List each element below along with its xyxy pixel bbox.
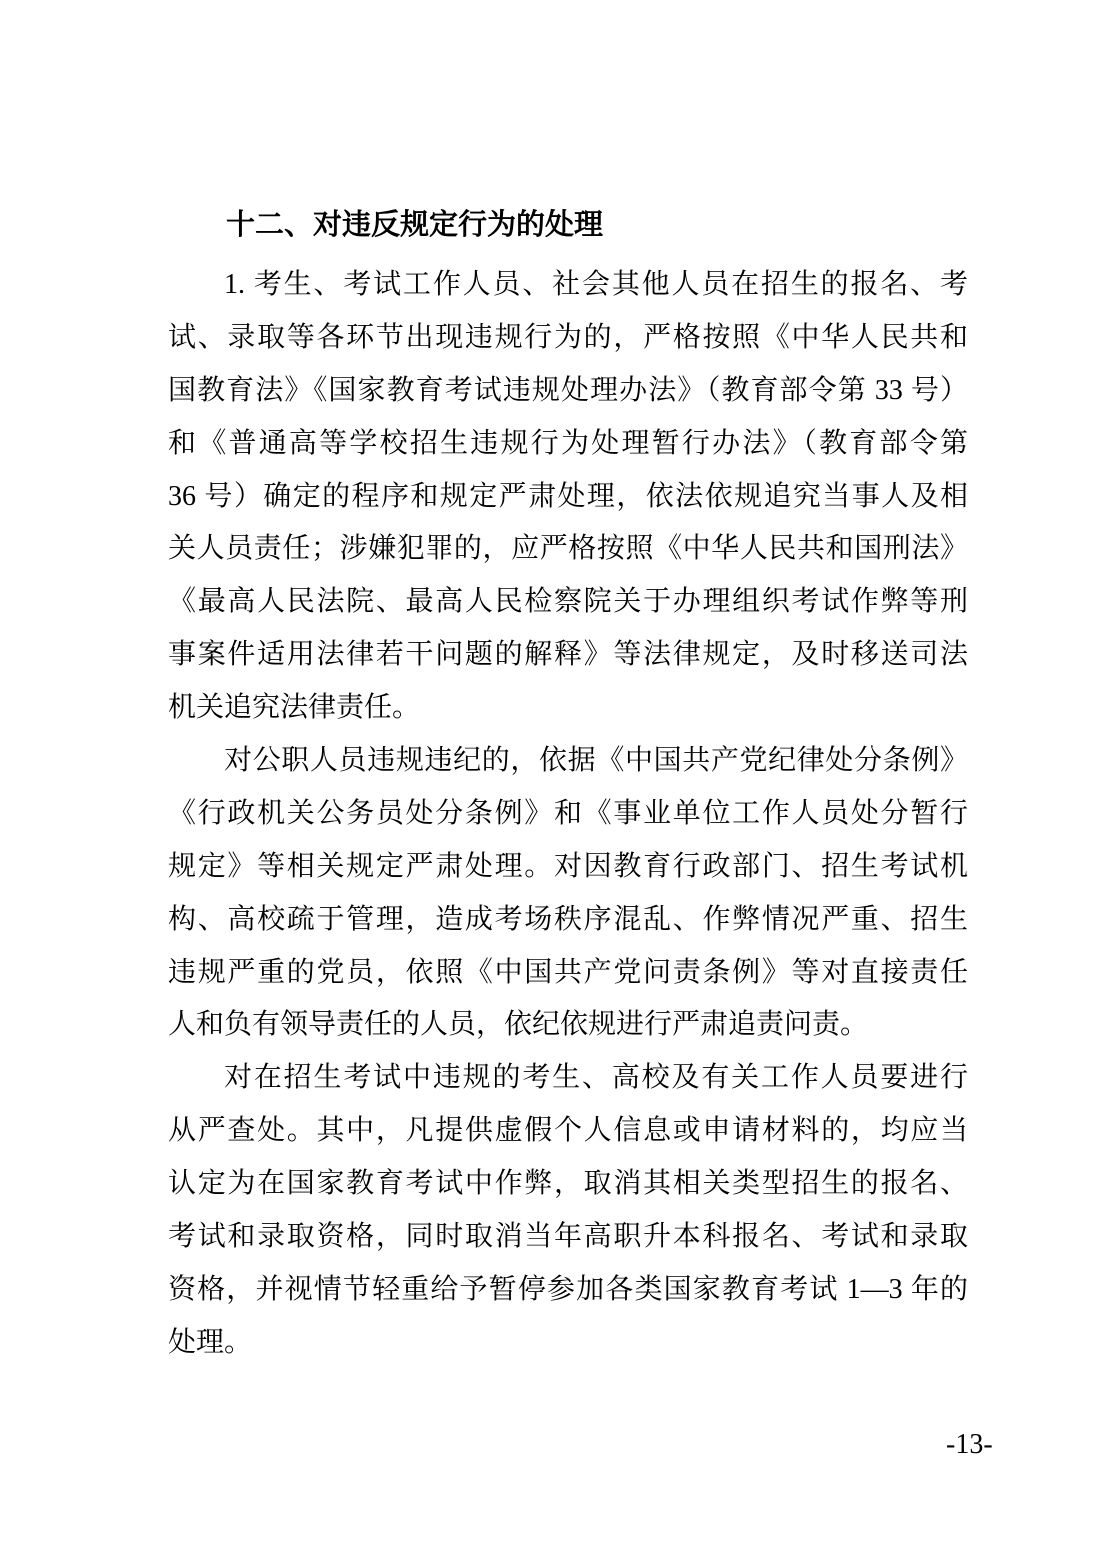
text-line: 对公职人员违规违纪的，依据《中国共产党纪律处分条例》 <box>168 735 968 788</box>
text-line: 36 号）确定的程序和规定严肃处理，依法依规追究当事人及相 <box>168 471 968 524</box>
text-line: 事案件适用法律若干问题的解释》等法律规定，及时移送司法 <box>168 629 968 682</box>
document-body: 十二、对违反规定行为的处理 1. 考生、考试工作人员、社会其他人员在招生的报名、… <box>168 200 968 1370</box>
text-line: 和《普通高等学校招生违规行为处理暂行办法》（教育部令第 <box>168 418 968 471</box>
page-number: -13- <box>946 1430 993 1460</box>
section-heading: 十二、对违反规定行为的处理 <box>168 200 968 250</box>
text-line: 关人员责任；涉嫌犯罪的，应严格按照《中华人民共和国刑法》 <box>168 523 968 576</box>
text-line: 从严查处。其中，凡提供虚假个人信息或申请材料的，均应当 <box>168 1105 968 1158</box>
paragraph: 对在招生考试中违规的考生、高校及有关工作人员要进行从严查处。其中，凡提供虚假个人… <box>168 1052 968 1369</box>
text-line: 1. 考生、考试工作人员、社会其他人员在招生的报名、考 <box>168 259 968 312</box>
text-line: 试、录取等各环节出现违规行为的，严格按照《中华人民共和 <box>168 312 968 365</box>
text-line: 机关追究法律责任。 <box>168 682 968 735</box>
text-line: 认定为在国家教育考试中作弊，取消其相关类型招生的报名、 <box>168 1158 968 1211</box>
text-line: 人和负有领导责任的人员，依纪依规进行严肃追责问责。 <box>168 999 968 1052</box>
text-line: 《行政机关公务员处分条例》和《事业单位工作人员处分暂行 <box>168 788 968 841</box>
text-line: 国教育法》《国家教育考试违规处理办法》（教育部令第 33 号） <box>168 365 968 418</box>
text-line: 规定》等相关规定严肃处理。对因教育行政部门、招生考试机 <box>168 841 968 894</box>
paragraph-container: 1. 考生、考试工作人员、社会其他人员在招生的报名、考试、录取等各环节出现违规行… <box>168 259 968 1370</box>
paragraph: 对公职人员违规违纪的，依据《中国共产党纪律处分条例》《行政机关公务员处分条例》和… <box>168 735 968 1052</box>
text-line: 考试和录取资格，同时取消当年高职升本科报名、考试和录取 <box>168 1211 968 1264</box>
text-line: 处理。 <box>168 1317 968 1370</box>
paragraph: 1. 考生、考试工作人员、社会其他人员在招生的报名、考试、录取等各环节出现违规行… <box>168 259 968 735</box>
text-line: 《最高人民法院、最高人民检察院关于办理组织考试作弊等刑 <box>168 576 968 629</box>
text-line: 对在招生考试中违规的考生、高校及有关工作人员要进行 <box>168 1052 968 1105</box>
text-line: 资格，并视情节轻重给予暂停参加各类国家教育考试 1—3 年的 <box>168 1264 968 1317</box>
document-page: 十二、对违反规定行为的处理 1. 考生、考试工作人员、社会其他人员在招生的报名、… <box>0 0 1102 1559</box>
text-line: 违规严重的党员，依照《中国共产党问责条例》等对直接责任 <box>168 947 968 1000</box>
text-line: 构、高校疏于管理，造成考场秩序混乱、作弊情况严重、招生 <box>168 894 968 947</box>
